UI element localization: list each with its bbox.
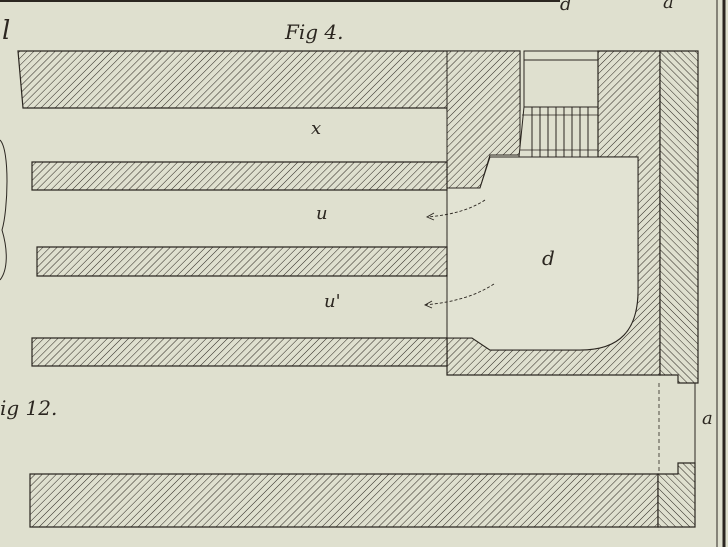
label-top-d: d	[560, 0, 572, 14]
wall-4	[32, 338, 447, 366]
figure-4-title: Fig 4.	[285, 22, 344, 42]
label-side-a: a	[702, 410, 713, 428]
fig12-wall	[30, 383, 695, 527]
grate	[519, 51, 600, 157]
label-top-a: a	[663, 0, 674, 12]
figure-12-title: ig 12.	[0, 398, 57, 418]
label-chamber-d: d	[542, 248, 555, 268]
wall-3	[37, 247, 447, 276]
label-channel-u: u	[316, 205, 328, 223]
corner-fragment-label: l	[2, 18, 10, 44]
label-channel-x: x	[311, 120, 321, 138]
wall-2	[32, 162, 447, 190]
label-channel-u-prime: u'	[324, 293, 341, 311]
engraving-plate	[0, 0, 728, 547]
